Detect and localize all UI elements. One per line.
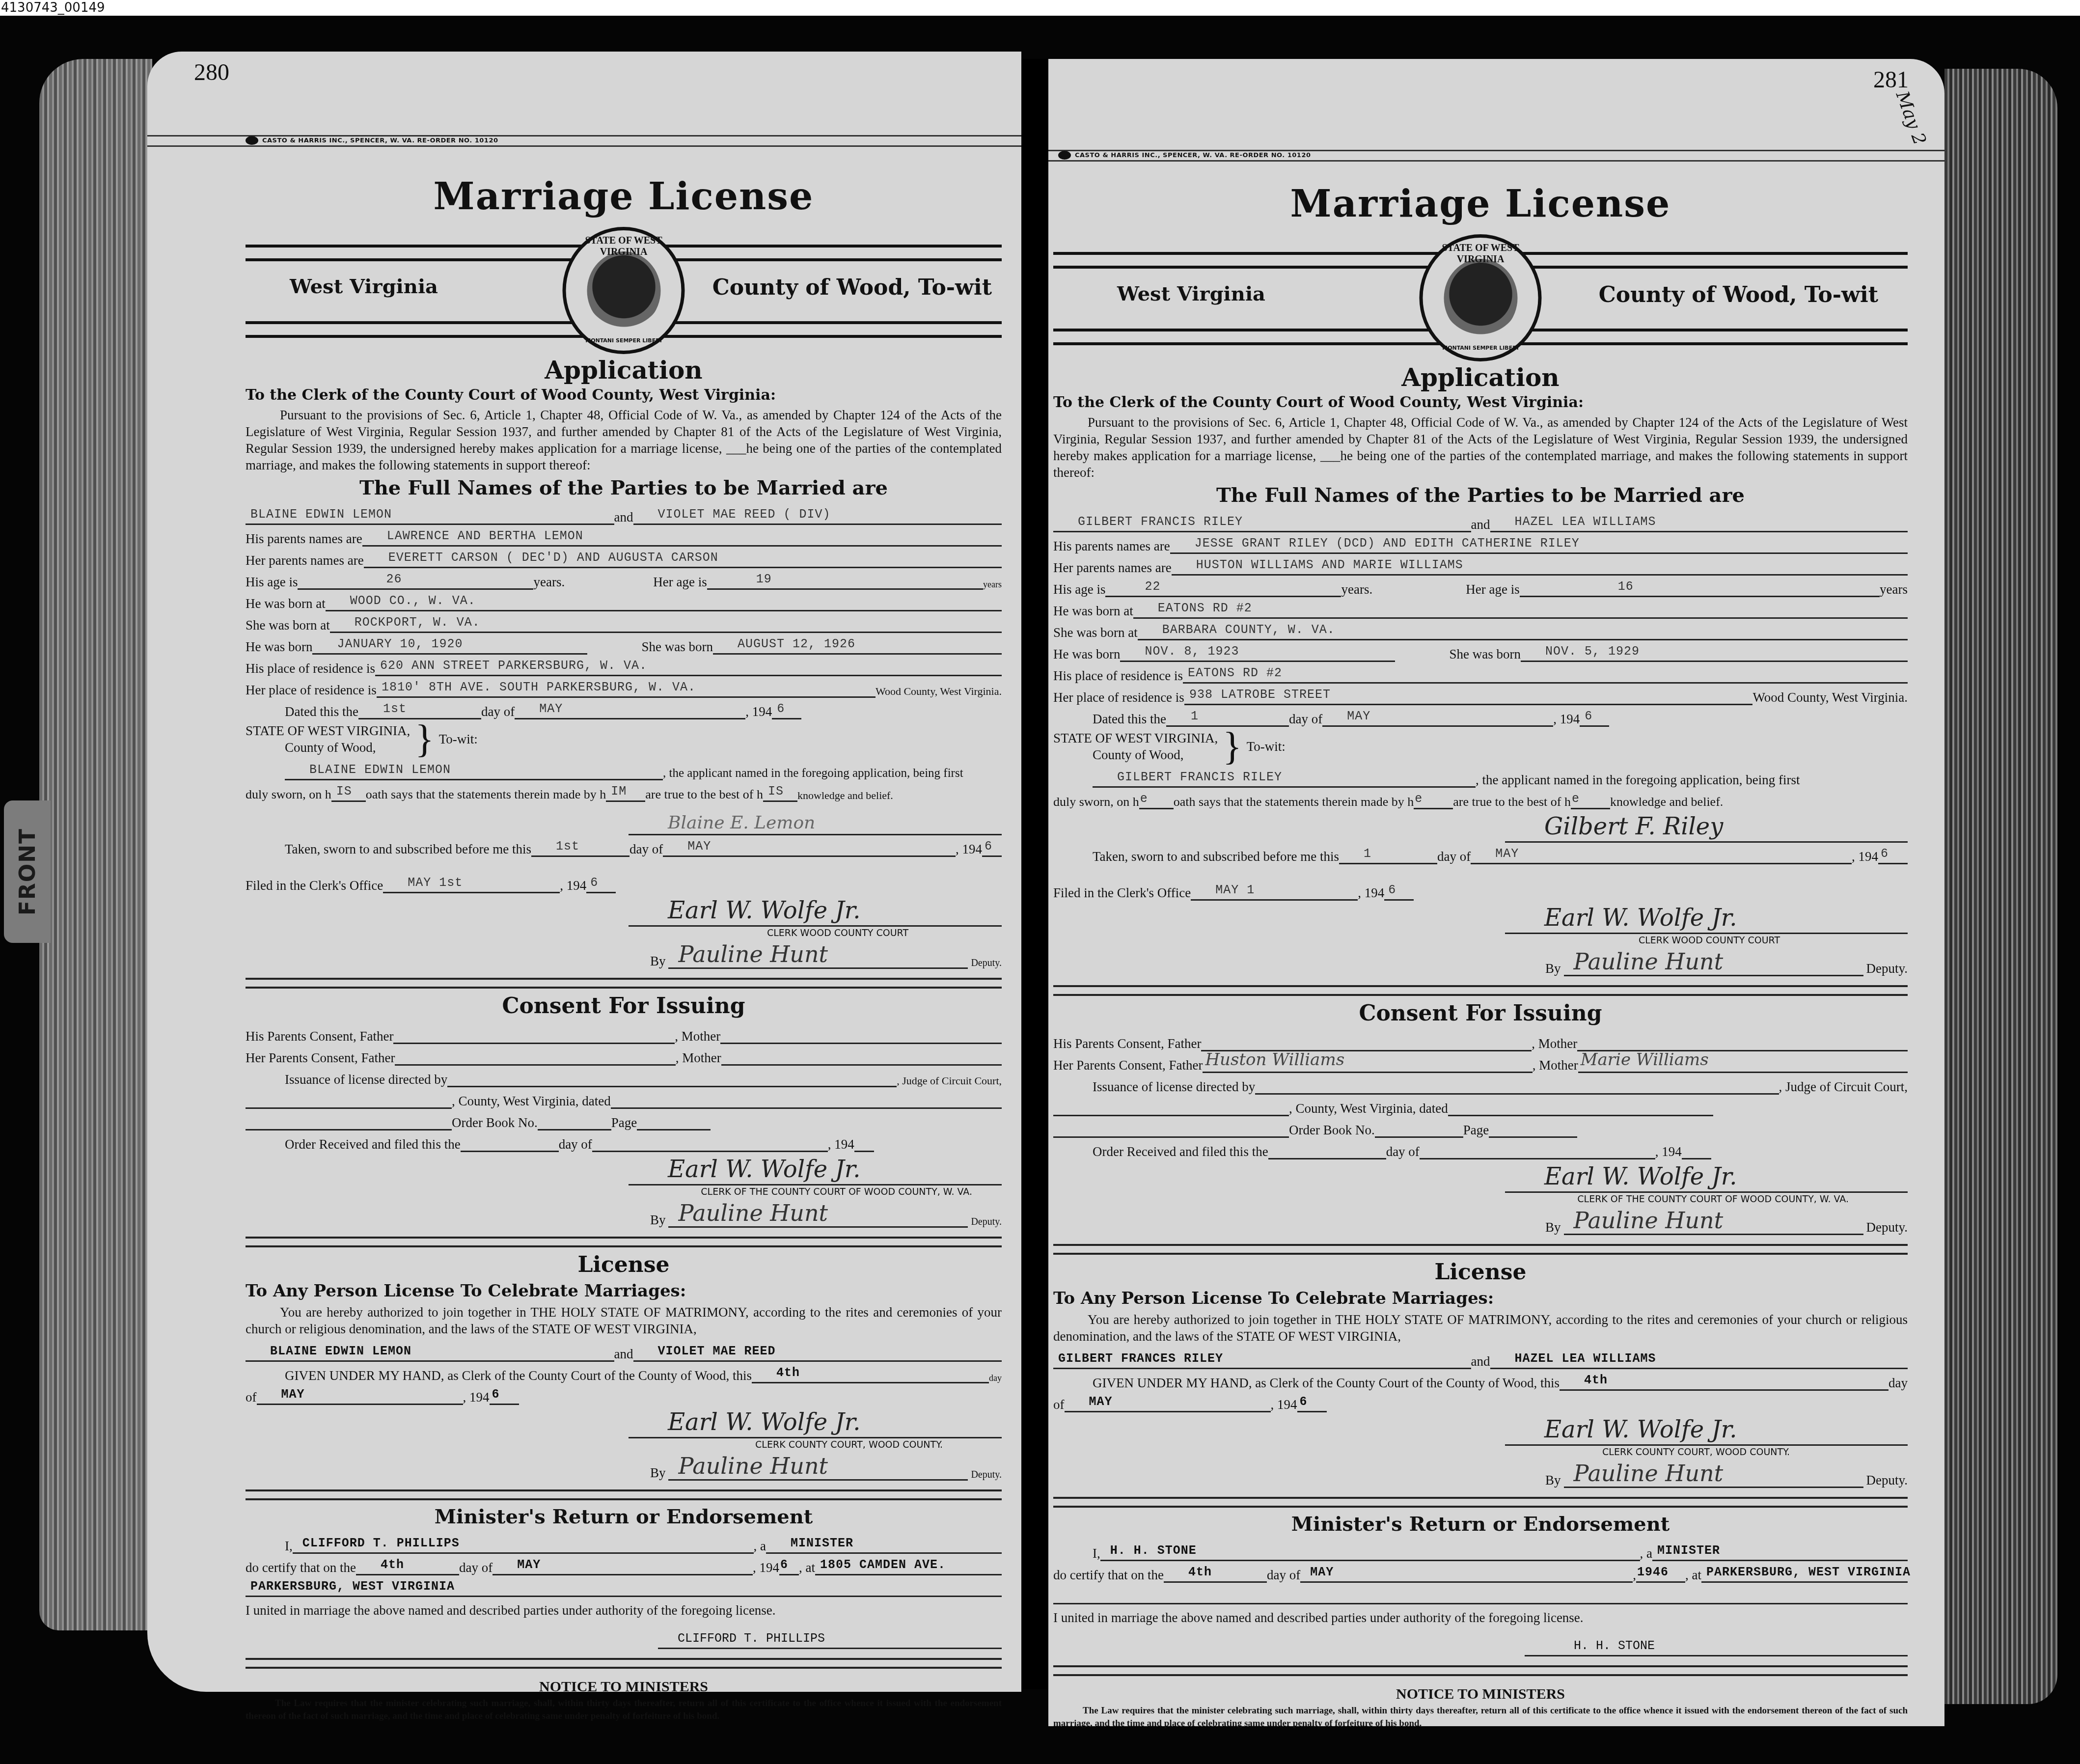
he-born-field[interactable]: NOV. 8, 1923: [1120, 643, 1395, 662]
consent-deputy-signature[interactable]: Pauline Hunt: [668, 1202, 968, 1228]
he-born-at-field[interactable]: WOOD CO., W. VA.: [326, 592, 1002, 611]
issuance-directed-field[interactable]: [447, 1068, 897, 1087]
license-clerk-signature[interactable]: Earl W. Wolfe Jr.: [1505, 1412, 1908, 1446]
order-month-field[interactable]: [592, 1133, 828, 1152]
state-label: West Virginia: [1117, 282, 1265, 305]
dated-month-field[interactable]: MAY: [1322, 708, 1553, 727]
license-clerk-signature[interactable]: Earl W. Wolfe Jr.: [629, 1405, 1002, 1438]
printer-imprint: CASTO & HARRIS INC., SPENCER, W. VA. RE-…: [246, 136, 498, 145]
her-residence-field[interactable]: 1810' 8TH AVE. SOUTH PARKERSBURG, W. VA.: [377, 679, 876, 698]
clerk-caption: CLERK WOOD COUNTY COURT: [246, 928, 1002, 938]
her-parents-field[interactable]: EVERETT CARSON ( DEC'D) AND AUGUSTA CARS…: [364, 549, 1002, 568]
consent-clerk-signature[interactable]: Earl W. Wolfe Jr.: [1505, 1159, 1908, 1193]
header-band: West Virginia STATE OF WEST VIRGINIA MON…: [1053, 234, 1908, 357]
her-father-consent-field[interactable]: [395, 1047, 675, 1066]
she-born-at-field[interactable]: ROCKPORT, W. VA.: [330, 614, 1002, 633]
united-statement: I united in marriage the above named and…: [246, 1602, 1002, 1619]
left-page-edges: [39, 59, 152, 1630]
notice-body: The Law requires that the minister celeb…: [246, 1697, 1002, 1723]
order-book-blank[interactable]: [246, 1111, 452, 1130]
filed-year-field[interactable]: 6: [586, 874, 616, 893]
consent-dated-field[interactable]: [1448, 1097, 1713, 1116]
page-number: 280: [194, 59, 229, 86]
he-born-field[interactable]: JANUARY 10, 1920: [312, 635, 587, 655]
she-born-field[interactable]: NOV. 5, 1929: [1521, 643, 1908, 662]
marriage-place-field[interactable]: PARKERSBURG, WEST VIRGINIA: [1701, 1564, 1908, 1583]
oath-h2-field[interactable]: e: [1414, 790, 1453, 809]
applicant-signature[interactable]: Blaine E. Lemon: [629, 802, 1002, 835]
license-deputy-signature[interactable]: Pauline Hunt: [1564, 1462, 1863, 1488]
she-born-at-field[interactable]: BARBARA COUNTY, W. VA.: [1138, 621, 1908, 640]
marriage-license-form-left: Marriage License West Virginia STATE OF …: [246, 174, 1002, 1723]
order-book-blank[interactable]: [1053, 1119, 1289, 1138]
notice-heading: NOTICE TO MINISTERS: [246, 1679, 1002, 1695]
license-day-field[interactable]: 4th: [1560, 1372, 1888, 1391]
his-age-field[interactable]: 22: [1105, 578, 1341, 597]
oath-h3-field[interactable]: e: [1571, 790, 1610, 809]
application-heading: Application: [246, 356, 1002, 385]
bride-field[interactable]: HAZEL LEA WILLIAMS: [1490, 513, 1908, 532]
his-parents-field[interactable]: LAWRENCE AND BERTHA LEMON: [362, 527, 1002, 547]
his-residence-field[interactable]: 620 ANN STREET PARKERSBURG, W. VA.: [375, 657, 1002, 676]
applicant-signature[interactable]: Gilbert F. Riley: [1505, 809, 1908, 843]
sworn-day-field[interactable]: 1: [1339, 845, 1437, 864]
venue-block: STATE OF WEST VIRGINIA,County of Wood, }…: [246, 722, 1002, 756]
filed-date-field[interactable]: MAY 1st: [383, 874, 560, 893]
consent-clerk-signature[interactable]: Earl W. Wolfe Jr.: [629, 1152, 1002, 1185]
left-page: 280 CASTO & HARRIS INC., SPENCER, W. VA.…: [147, 52, 1021, 1692]
marriage-license-form-right: Marriage License West Virginia STATE OF …: [1053, 182, 1908, 1730]
filed-year-field[interactable]: 6: [1384, 882, 1414, 901]
intro-paragraph: Pursuant to the provisions of Sec. 6, Ar…: [246, 407, 1002, 473]
marriage-day-field[interactable]: 4th: [356, 1556, 459, 1575]
order-year-field[interactable]: [854, 1133, 874, 1152]
minister-name-field[interactable]: CLIFFORD T. PHILLIPS: [293, 1535, 754, 1554]
her-mother-consent-field[interactable]: [721, 1047, 1002, 1066]
order-year-field[interactable]: [1682, 1140, 1711, 1159]
her-age-field[interactable]: 19: [707, 571, 983, 590]
minister-signature[interactable]: CLIFFORD T. PHILLIPS: [658, 1622, 1002, 1649]
sworn-day-field[interactable]: 1st: [531, 838, 629, 857]
license-body: You are hereby authorized to join togeth…: [246, 1304, 1002, 1337]
order-book-field[interactable]: [1375, 1119, 1463, 1138]
dated-day-field[interactable]: 1st: [358, 700, 481, 719]
form-title: Marriage License: [1053, 182, 1908, 225]
order-month-field[interactable]: [1420, 1140, 1655, 1159]
marriage-place-2-field[interactable]: PARKERSBURG, WEST VIRGINIA: [246, 1578, 1002, 1597]
his-age-field[interactable]: 26: [298, 571, 533, 590]
bride-field[interactable]: VIOLET MAE REED ( DIV): [633, 506, 1002, 525]
license-groom-field[interactable]: GILBERT FRANCES RILEY: [1053, 1350, 1471, 1369]
consent-dated-field[interactable]: [611, 1090, 1002, 1109]
she-born-field[interactable]: AUGUST 12, 1926: [713, 635, 1002, 655]
minister-heading: Minister's Return or Endorsement: [1053, 1513, 1908, 1536]
order-book-field[interactable]: [538, 1111, 611, 1130]
image-label: 4130743_00149: [0, 0, 2080, 16]
license-addressee: To Any Person License To Celebrate Marri…: [246, 1281, 1002, 1301]
filed-date-field[interactable]: MAY 1: [1191, 882, 1358, 901]
state-seal-icon: STATE OF WEST VIRGINIA MONTANI SEMPER LI…: [563, 227, 685, 354]
oath-h1-field[interactable]: IS: [331, 783, 366, 802]
license-month-field[interactable]: MAY: [257, 1386, 463, 1405]
minister-title-field[interactable]: MINISTER: [1652, 1542, 1908, 1561]
oath-h3-field[interactable]: IS: [763, 783, 797, 802]
names-row: BLAINE EDWIN LEMON and VIOLET MAE REED (…: [246, 503, 1002, 525]
minister-name-field[interactable]: H. H. STONE: [1100, 1542, 1640, 1561]
dated-month-field[interactable]: MAY: [515, 700, 745, 719]
printer-logo-icon: [1058, 151, 1071, 160]
state-seal-icon: STATE OF WEST VIRGINIA MONTANI SEMPER LI…: [1420, 234, 1542, 361]
united-statement: I united in marriage the above named and…: [1053, 1609, 1908, 1626]
notice-body: The Law requires that the minister celeb…: [1053, 1705, 1908, 1730]
consent-heading: Consent For Issuing: [1053, 1001, 1908, 1026]
page-number: 281: [1873, 66, 1909, 93]
her-residence-field[interactable]: 938 LATROBE STREET: [1184, 686, 1753, 705]
her-parents-field[interactable]: HUSTON WILLIAMS AND MARIE WILLIAMS: [1172, 556, 1908, 576]
consent-heading: Consent For Issuing: [246, 993, 1002, 1019]
deputy-signature[interactable]: Pauline Hunt: [668, 943, 968, 969]
groom-field[interactable]: BLAINE EDWIN LEMON: [246, 506, 614, 525]
marriage-month-field[interactable]: MAY: [493, 1556, 753, 1575]
book-gutter: [1021, 59, 1048, 1689]
front-tab-label: FRONT: [15, 828, 40, 915]
names-heading: The Full Names of the Parties to be Marr…: [246, 476, 1002, 499]
marriage-year-field[interactable]: 1946: [1636, 1564, 1685, 1583]
minister-title-field[interactable]: MINISTER: [766, 1535, 1002, 1554]
his-father-consent-field[interactable]: [393, 1025, 675, 1044]
marriage-month-field[interactable]: MAY: [1300, 1564, 1633, 1583]
license-bride-field[interactable]: HAZEL LEA WILLIAMS: [1490, 1350, 1908, 1369]
minister-heading: Minister's Return or Endorsement: [246, 1505, 1002, 1528]
intro-paragraph: Pursuant to the provisions of Sec. 6, Ar…: [1053, 414, 1908, 481]
county-label: County of Wood, To-wit: [1599, 282, 1878, 307]
oath-name-field[interactable]: BLAINE EDWIN LEMON: [285, 761, 663, 780]
her-age-field[interactable]: 16: [1520, 578, 1880, 597]
his-mother-consent-field[interactable]: [720, 1025, 1002, 1044]
order-day-field[interactable]: [1268, 1140, 1386, 1159]
order-day-field[interactable]: [461, 1133, 559, 1152]
sworn-month-field[interactable]: MAY: [663, 838, 956, 857]
printer-logo-icon: [246, 136, 258, 145]
form-title: Marriage License: [246, 174, 1002, 218]
license-clerk-caption: CLERK COUNTY COURT, WOOD COUNTY.: [1053, 1447, 1908, 1458]
his-mother-consent-field[interactable]: [1577, 1032, 1908, 1051]
her-father-consent-field[interactable]: Huston Williams: [1203, 1054, 1532, 1073]
margin-note: May 2: [1892, 88, 1930, 147]
his-father-consent-field[interactable]: [1201, 1032, 1532, 1051]
addressee: To the Clerk of the County Court of Wood…: [246, 386, 1002, 404]
notice-heading: NOTICE TO MINISTERS: [1053, 1686, 1908, 1703]
county-label: County of Wood, To-wit: [712, 275, 992, 300]
order-page-field[interactable]: [637, 1111, 711, 1130]
minister-signature[interactable]: H. H. STONE: [1525, 1629, 1908, 1656]
addressee: To the Clerk of the County Court of Wood…: [1053, 394, 1908, 411]
header-band: West Virginia STATE OF WEST VIRGINIA MON…: [246, 227, 1002, 350]
oath-h2-field[interactable]: IM: [606, 783, 645, 802]
clerk-signature[interactable]: Earl W. Wolfe Jr.: [629, 893, 1002, 927]
order-page-field[interactable]: [1489, 1119, 1577, 1138]
marriage-day-field[interactable]: 4th: [1164, 1564, 1267, 1583]
marriage-year-field[interactable]: 6: [779, 1556, 799, 1575]
license-addressee: To Any Person License To Celebrate Marri…: [1053, 1289, 1908, 1308]
consent-county-field[interactable]: [1053, 1097, 1289, 1116]
license-heading: License: [246, 1252, 1002, 1277]
dated-year-field[interactable]: 6: [772, 700, 801, 719]
consent-deputy-signature[interactable]: Pauline Hunt: [1564, 1209, 1863, 1235]
he-born-at-field[interactable]: EATONS RD #2: [1133, 600, 1908, 619]
printer-imprint: CASTO & HARRIS INC., SPENCER, W. VA. RE-…: [1058, 151, 1311, 160]
license-deputy-signature[interactable]: Pauline Hunt: [668, 1455, 968, 1481]
her-mother-consent-field[interactable]: Marie Williams: [1578, 1054, 1908, 1073]
clerk-signature[interactable]: Earl W. Wolfe Jr.: [1505, 901, 1908, 934]
his-residence-field[interactable]: EATONS RD #2: [1183, 664, 1908, 684]
right-page: 281 May 2 CASTO & HARRIS INC., SPENCER, …: [1048, 59, 1944, 1726]
license-heading: License: [1053, 1260, 1908, 1285]
front-index-tab[interactable]: FRONT: [4, 800, 51, 943]
marriage-place-field[interactable]: 1805 CAMDEN AVE.: [815, 1556, 1002, 1575]
deputy-signature[interactable]: Pauline Hunt: [1564, 950, 1863, 976]
dated-year-field[interactable]: 6: [1580, 708, 1609, 727]
consent-clerk-caption: CLERK OF THE COUNTY COURT OF WOOD COUNTY…: [246, 1186, 1002, 1197]
his-parents-field[interactable]: JESSE GRANT RILEY (DCD) AND EDITH CATHER…: [1170, 535, 1908, 554]
sworn-year-field[interactable]: 6: [982, 838, 1002, 857]
state-label: West Virginia: [290, 275, 438, 298]
issuance-directed-field[interactable]: [1255, 1075, 1779, 1095]
license-clerk-caption: CLERK COUNTY COURT, WOOD COUNTY.: [246, 1439, 1002, 1450]
oath-h1-field[interactable]: e: [1139, 790, 1174, 809]
clerk-caption: CLERK WOOD COUNTY COURT: [1053, 935, 1908, 946]
license-body: You are hereby authorized to join togeth…: [1053, 1311, 1908, 1345]
license-groom-field[interactable]: BLAINE EDWIN LEMON: [246, 1343, 614, 1362]
oath-name-field[interactable]: GILBERT FRANCIS RILEY: [1093, 769, 1476, 788]
license-year-field[interactable]: 6: [490, 1386, 519, 1405]
license-day-field[interactable]: 4th: [752, 1364, 989, 1383]
license-month-field[interactable]: MAY: [1065, 1393, 1271, 1412]
consent-county-field[interactable]: [246, 1090, 452, 1109]
marriage-place-2-field[interactable]: [1053, 1585, 1908, 1604]
application-heading: Application: [1053, 363, 1908, 392]
venue-block: STATE OF WEST VIRGINIA,County of Wood, }…: [1053, 730, 1908, 763]
names-heading: The Full Names of the Parties to be Marr…: [1053, 484, 1908, 507]
sworn-year-field[interactable]: 6: [1878, 845, 1908, 864]
dated-day-field[interactable]: 1: [1166, 708, 1289, 727]
license-bride-field[interactable]: VIOLET MAE REED: [633, 1343, 1002, 1362]
consent-clerk-caption: CLERK OF THE COUNTY COURT OF WOOD COUNTY…: [1053, 1194, 1908, 1205]
groom-field[interactable]: GILBERT FRANCIS RILEY: [1053, 513, 1471, 532]
right-page-edges: [1944, 69, 2057, 1704]
sworn-month-field[interactable]: MAY: [1471, 845, 1852, 864]
license-year-field[interactable]: 6: [1297, 1393, 1327, 1412]
